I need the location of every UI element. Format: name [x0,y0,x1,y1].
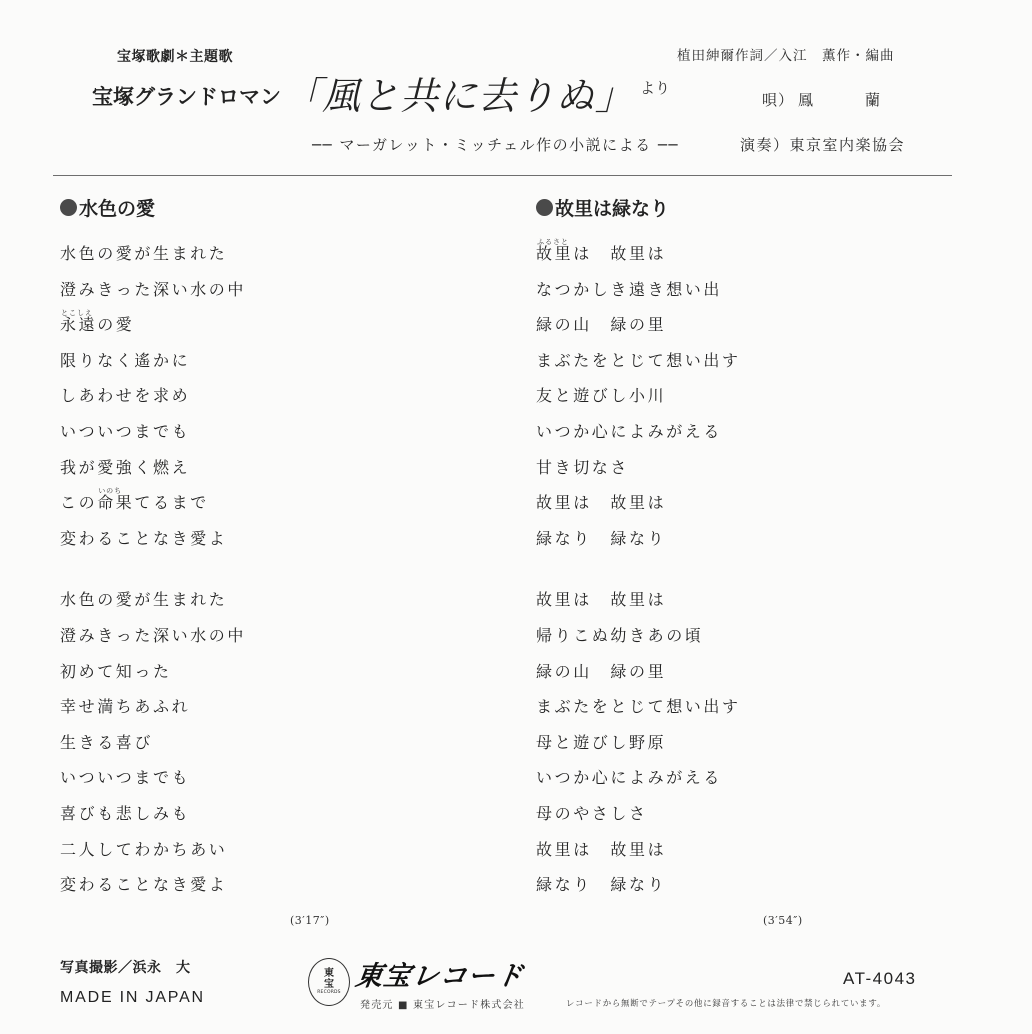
toho-records-logo-icon: 東 宝 RECORDS [308,958,350,1006]
singer-name: 鳳蘭 [798,89,932,110]
lyric-line: 友と遊びし小川 [536,378,741,414]
lyric-line: 我が愛強く燃え [60,450,246,486]
header-divider [53,175,952,176]
lyric-line: いついつまでも [60,760,246,796]
title-prefix: 宝塚グランドロマン [92,81,281,111]
lyric-line: 甘き切なさ [536,450,741,486]
lyric-line: 緑の山 緑の里 [536,307,741,343]
lyric-line: まぶたをとじて想い出す [536,343,741,379]
song-column-left: 水色の愛 水色の愛が生まれた澄みきった深い水の中永遠の愛とこしえ限りなく遙かにし… [60,190,246,903]
lyric-line: いついつまでも [60,414,246,450]
lyric-line: 生きる喜び [60,725,246,761]
lyric-line: 限りなく遙かに [60,343,246,379]
singer-label: 唄） [762,89,794,110]
copyright-notice: レコードから無断でテープその他に録音することは法律で禁じられています。 [566,997,886,1009]
lyric-line: 永遠の愛とこしえ [60,307,246,343]
bullet-icon [536,199,553,216]
verse: 水色の愛が生まれた澄みきった深い水の中永遠の愛とこしえ限りなく遙かにしあわせを求… [60,236,246,556]
lyric-line: 澄みきった深い水の中 [60,618,246,654]
lyric-line: いつか心によみがえる [536,414,741,450]
lyric-line: 故里は 故里は [536,485,741,521]
lyric-line: 変わることなき愛よ [60,521,246,557]
song-column-right: 故里は緑なり 故里は 故里はふるさとなつかしき遠き想い出緑の山 緑の里まぶたをと… [536,190,741,903]
lyric-line: 母と遊びし野原 [536,725,741,761]
logo-char-bottom: 宝 [324,979,334,990]
bullet-icon [60,199,77,216]
lyric-line: 水色の愛が生まれた [60,582,246,618]
subtitle: ── マーガレット・ミッチェル作の小説による ── [312,134,679,155]
made-in-label: MADE IN JAPAN [60,989,205,1007]
lyric-line: 緑なり 緑なり [536,521,741,557]
lyric-line: いつか心によみがえる [536,760,741,796]
lyric-line: 帰りこぬ幼きあの頃 [536,618,741,654]
verse: 水色の愛が生まれた澄みきった深い水の中初めて知った幸せ満ちあふれ生きる喜びいつい… [60,582,246,902]
duration-song-1: (3′17″) [290,914,330,927]
lyric-line: 故里は 故里はふるさと [536,236,741,272]
lyric-line: まぶたをとじて想い出す [536,689,741,725]
logo-char-top: 東 [324,968,334,979]
lyric-line: 母のやさしさ [536,796,741,832]
catalog-number: AT-4043 [843,969,917,989]
verse: 故里は 故里はふるさとなつかしき遠き想い出緑の山 緑の里まぶたをとじて想い出す友… [536,236,741,556]
lyric-line: 変わることなき愛よ [60,867,246,903]
song-title: 水色の愛 [60,190,246,224]
lyrics: 水色の愛が生まれた澄みきった深い水の中永遠の愛とこしえ限りなく遙かにしあわせを求… [60,236,246,903]
lyric-line: この命果てるまでいのち [60,485,246,521]
label-wordmark: 東宝レコード [353,954,526,993]
logo-caption: RECORDS [317,990,341,996]
lyric-line: 初めて知った [60,654,246,690]
lyric-line: 喜びも悲しみも [60,796,246,832]
song-title-text: 故里は緑なり [555,194,669,221]
lyric-line: 二人してわかちあい [60,832,246,868]
lyrics: 故里は 故里はふるさとなつかしき遠き想い出緑の山 緑の里まぶたをとじて想い出す友… [536,236,741,903]
title-suffix: より [640,77,670,98]
lyric-line: 澄みきった深い水の中 [60,272,246,308]
credits-singer: 唄） 鳳蘭 [762,89,932,110]
title-main: 「風と共に去りぬ」 [283,74,634,118]
ruby-annotation: ふるさと [537,238,569,246]
lyric-line: 故里は 故里は [536,832,741,868]
series-label: 宝塚歌劇＊主題歌 [117,46,233,66]
lyric-line: 緑の山 緑の里 [536,654,741,690]
photo-credit: 写真撮影／浜永 大 [60,957,191,977]
credits-lyric-music: 植田紳爾作詞／入江 薫作・編曲 [677,44,895,64]
song-title: 故里は緑なり [536,190,741,224]
credits-performer: 演奏）東京室内楽協会 [740,134,905,155]
song-title-text: 水色の愛 [79,194,155,221]
album-title: 宝塚グランドロマン 「風と共に去りぬ」 より [92,74,670,118]
lyric-line: しあわせを求め [60,378,246,414]
publisher: 発売元 ■ 東宝レコード株式会社 [360,996,525,1011]
lyric-line: 水色の愛が生まれた [60,236,246,272]
lyric-line: なつかしき遠き想い出 [536,272,741,308]
lyric-line: 幸せ満ちあふれ [60,689,246,725]
ruby-annotation: とこしえ [61,309,93,317]
lyric-line: 緑なり 緑なり [536,867,741,903]
lyric-line: 故里は 故里は [536,582,741,618]
verse: 故里は 故里は帰りこぬ幼きあの頃緑の山 緑の里まぶたをとじて想い出す母と遊びし野… [536,582,741,902]
ruby-annotation: いのち [98,487,122,495]
duration-song-2: (3′54″) [763,914,803,927]
